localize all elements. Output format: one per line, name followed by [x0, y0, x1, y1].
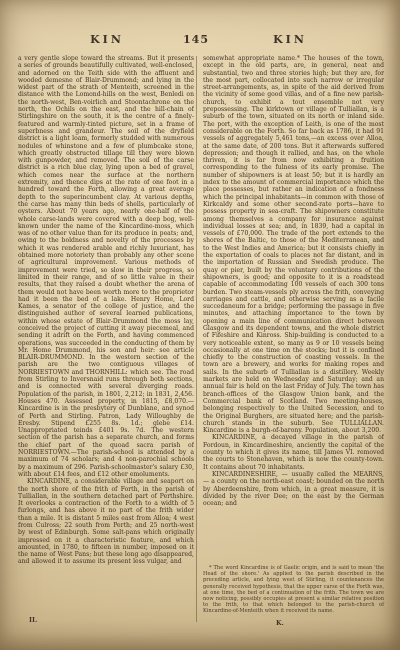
entry-kincardine-decayed-village: KINCARDINE, a decayed village in the par… [203, 434, 384, 470]
right-column-main-text: somewhat appropriate name.* The houses o… [203, 55, 384, 560]
paragraph-continuation: somewhat appropriate name.* The houses o… [203, 55, 384, 434]
book-page: KIN 145 KIN a very gentle slope toward t… [0, 0, 400, 650]
paragraph-continuation: a very gentle slope toward the streams. … [18, 55, 194, 478]
signature-mark-left: II. [29, 616, 37, 624]
page-number: 145 [156, 33, 236, 46]
entry-kincardine-village-seaport: KINCARDINE, a considerable village and s… [18, 478, 194, 566]
entry-kincardineshire: KINCARDINESHIRE, — usually called the ME… [203, 471, 384, 507]
running-title-left: KIN [60, 33, 154, 46]
page-header: KIN 145 KIN [0, 33, 400, 49]
footnote: * The word Kincardine is of Gaelic origi… [203, 565, 384, 615]
right-column: somewhat appropriate name.* The houses o… [203, 55, 384, 615]
column-divider-rule [196, 56, 197, 622]
signature-mark-right: K. [276, 619, 284, 627]
running-title-right: KIN [243, 33, 337, 46]
left-column: a very gentle slope toward the streams. … [18, 55, 194, 615]
